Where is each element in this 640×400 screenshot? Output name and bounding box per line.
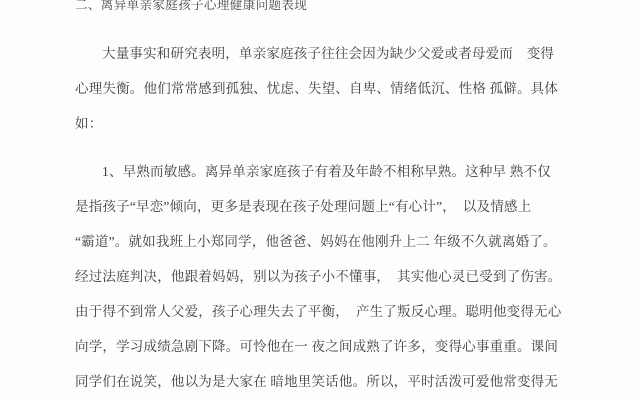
paragraph-intro: 大量事实和研究表明，单亲家庭孩子往往会因为缺少父爱或者母爱而 变得 心理失衡。他… (75, 36, 572, 141)
text-line: “霸道”。就如我班上小郑同学，他爸爸、妈妈在他刚升上二 年级不久就离婚了。 (75, 224, 572, 259)
text-line: 经过法庭判决，他跟着妈妈，别以为孩子小不懂事， 其实他心灵已受到了伤害。 (75, 259, 572, 294)
text-line: 大量事实和研究表明，单亲家庭孩子往往会因为缺少父爱或者母爱而 变得 (75, 36, 572, 71)
text-line: 同学们在说笑，他以为是大家在 暗地里笑话他。所以，平时活泼可爱他常变得无 (75, 364, 572, 399)
text-line: 如： (75, 106, 572, 141)
text-line: 是指孩子“早恋”倾向，更多是表现在孩子处理问题上“有心计”， 以及情感上 (75, 189, 572, 224)
document-title: 二、离异单亲家庭孩子心理健康问题表现 (75, 0, 307, 13)
text-line: 向学，学习成绩急剧下降。可怜他在一 夜之间成熟了许多，变得心事重重。课间 (75, 329, 572, 364)
text-line: 1、早熟而敏感。离异单亲家庭孩子有着及年龄不相称早熟。这种早 熟不仅 (75, 154, 572, 189)
paragraph-item-1: 1、早熟而敏感。离异单亲家庭孩子有着及年龄不相称早熟。这种早 熟不仅 是指孩子“… (75, 154, 572, 399)
document-page: 二、离异单亲家庭孩子心理健康问题表现 大量事实和研究表明，单亲家庭孩子往往会因为… (0, 0, 640, 400)
text-line: 心理失衡。他们常常感到孤独、忧虑、失望、自卑、情绪低沉、性格 孤僻。具体 (75, 71, 572, 106)
text-line: 由于得不到常人父爱，孩子心理失去了平衡， 产生了叛反心理。聪明他变得无心 (75, 294, 572, 329)
